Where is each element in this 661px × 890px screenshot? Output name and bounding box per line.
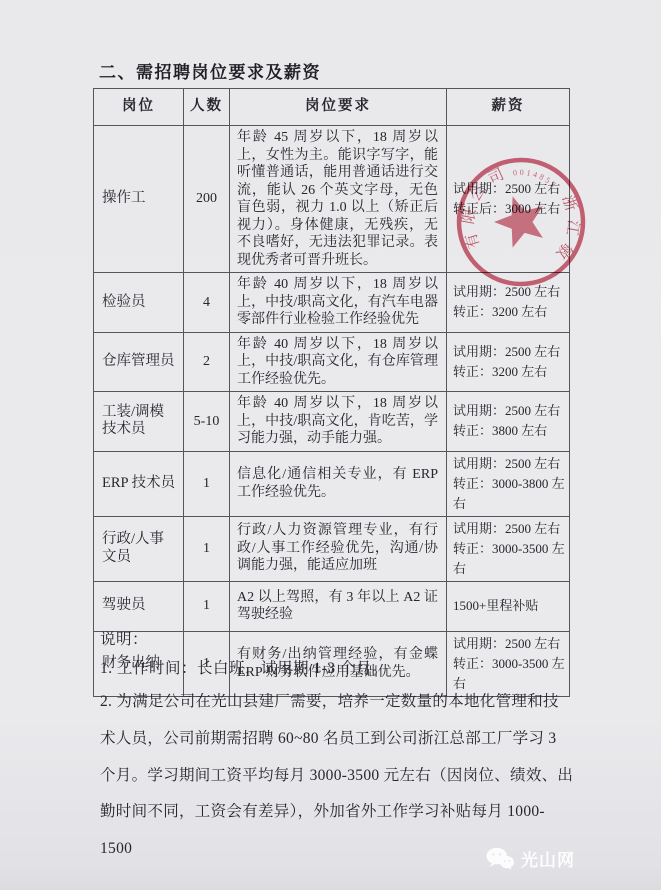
salary-regular: 转正后：3000 左右 (453, 199, 567, 219)
header-salary: 薪资 (447, 89, 570, 126)
salary-trial: 试用期：2500 左右 (453, 401, 567, 421)
table-header-row: 岗位 人数 岗位要求 薪资 (94, 89, 570, 126)
position-cell: 工装/调模技术员 (94, 392, 184, 452)
count-cell: 1 (184, 451, 230, 516)
position-cell: 仓库管理员 (94, 332, 184, 392)
position-cell: ERP 技术员 (94, 451, 184, 516)
position-cell: 行政/人事文员 (94, 516, 184, 581)
count-cell: 1 (184, 581, 230, 631)
position-cell: 检验员 (94, 273, 184, 333)
site-name: 光山网 (521, 846, 575, 871)
salary-regular: 转正：3200 左右 (453, 302, 567, 322)
requirements-cell: 年龄 40 周岁以下，18 周岁以上，中技/职高文化，有汽车电器零部件行业检验工… (230, 273, 447, 333)
table-row: 工装/调模技术员 5-10 年龄 40 周岁以下，18 周岁以上，中技/职高文化… (94, 392, 570, 452)
table-row: 操作工 200 年龄 45 周岁以下，18 周岁以上，女性为主。能识字写字，能听… (94, 126, 570, 273)
section-title: 二、需招聘岗位要求及薪资 (99, 58, 321, 83)
note-item-2-line: 2. 为满足公司在光山县建厂需要，培养一定数量的本地化管理和技 (100, 684, 576, 721)
salary-trial: 试用期：2500 左右 (453, 519, 567, 539)
wechat-icon (486, 847, 514, 870)
note-item-2-line: 术人员，公司前期需招聘 60~80 名员工到公司浙江总部工厂学习 3 (100, 721, 576, 758)
header-position: 岗位 (94, 89, 184, 126)
salary-trial: 试用期：2500 左右 (453, 454, 567, 474)
salary-regular: 转正：3800 左右 (453, 421, 567, 441)
scanned-recruitment-document: 二、需招聘岗位要求及薪资 岗位 人数 岗位要求 薪资 操作工 200 年龄 45… (0, 0, 661, 890)
requirements-cell: 行政/人力资源管理专业，有行政/人事工作经验优先，沟通/协调能力强，能适应加班 (230, 516, 447, 581)
requirements-cell: 信息化/通信相关专业，有 ERP 工作经验优先。 (230, 451, 447, 516)
site-watermark: 光山网 (486, 846, 575, 871)
salary-cell: 试用期：2500 左右 转正：3200 左右 (447, 273, 570, 333)
requirements-cell: 年龄 40 周岁以下，18 周岁以上，中技/职高文化，肯吃苦，学习能力强，动手能… (230, 392, 447, 452)
salary-regular: 转正：3000-3800 左右 (453, 474, 567, 514)
salary-trial: 试用期：2500 左右 (453, 179, 567, 199)
count-cell: 1 (184, 516, 230, 581)
count-cell: 5-10 (184, 392, 230, 452)
salary-cell: 试用期：2500 左右 转正：3000-3800 左右 (447, 451, 570, 516)
table-row: ERP 技术员 1 信息化/通信相关专业，有 ERP 工作经验优先。 试用期：2… (94, 451, 570, 516)
table-row: 检验员 4 年龄 40 周岁以下，18 周岁以上，中技/职高文化，有汽车电器零部… (94, 273, 570, 333)
count-cell: 4 (184, 273, 230, 333)
salary-trial: 1500+里程补贴 (453, 596, 567, 616)
salary-regular: 转正：3000-3500 左右 (453, 539, 567, 579)
requirements-cell: 年龄 40 周岁以下，18 周岁以上，中技/职高文化，有仓库管理工作经验优先。 (230, 332, 447, 392)
note-item-1: 1. 工作时间：长白班，试用期 1-3 个月。 (100, 656, 388, 678)
salary-regular: 转正：3200 左右 (453, 362, 567, 382)
table-row: 仓库管理员 2 年龄 40 周岁以下，18 周岁以上，中技/职高文化，有仓库管理… (94, 332, 570, 392)
requirements-cell: A2 以上驾照，有 3 年以上 A2 证驾驶经验 (230, 581, 447, 631)
count-cell: 200 (184, 126, 230, 273)
position-cell: 操作工 (94, 126, 184, 273)
count-cell: 2 (184, 332, 230, 392)
notes-heading: 说明： (100, 627, 148, 649)
note-item-2-line: 个月。学习期间工资平均每月 3000-3500 元左右（因岗位、绩效、出 (100, 758, 576, 795)
salary-cell: 试用期：2500 左右 转正：3000-3500 左右 (447, 516, 570, 581)
header-requirements: 岗位要求 (230, 89, 447, 126)
position-cell: 驾驶员 (94, 581, 184, 631)
header-count: 人数 (184, 89, 230, 126)
salary-cell: 试用期：2500 左右 转正后：3000 左右 (447, 126, 570, 273)
table-row: 驾驶员 1 A2 以上驾照，有 3 年以上 A2 证驾驶经验 1500+里程补贴 (94, 581, 570, 631)
positions-table: 岗位 人数 岗位要求 薪资 操作工 200 年龄 45 周岁以下，18 周岁以上… (93, 88, 570, 697)
requirements-cell: 年龄 45 周岁以下，18 周岁以上，女性为主。能识字写字，能听懂普通话，能用普… (230, 126, 447, 273)
salary-trial: 试用期：2500 左右 (453, 342, 567, 362)
table-row: 行政/人事文员 1 行政/人力资源管理专业，有行政/人事工作经验优先，沟通/协调… (94, 516, 570, 581)
note-item-2: 2. 为满足公司在光山县建厂需要，培养一定数量的本地化管理和技 术人员，公司前期… (100, 684, 576, 868)
salary-trial: 试用期：2500 左右 (453, 634, 567, 654)
salary-cell: 1500+里程补贴 (447, 581, 570, 631)
salary-trial: 试用期：2500 左右 (453, 282, 567, 302)
salary-cell: 试用期：2500 左右 转正：3800 左右 (447, 392, 570, 452)
salary-cell: 试用期：2500 左右 转正：3200 左右 (447, 332, 570, 392)
